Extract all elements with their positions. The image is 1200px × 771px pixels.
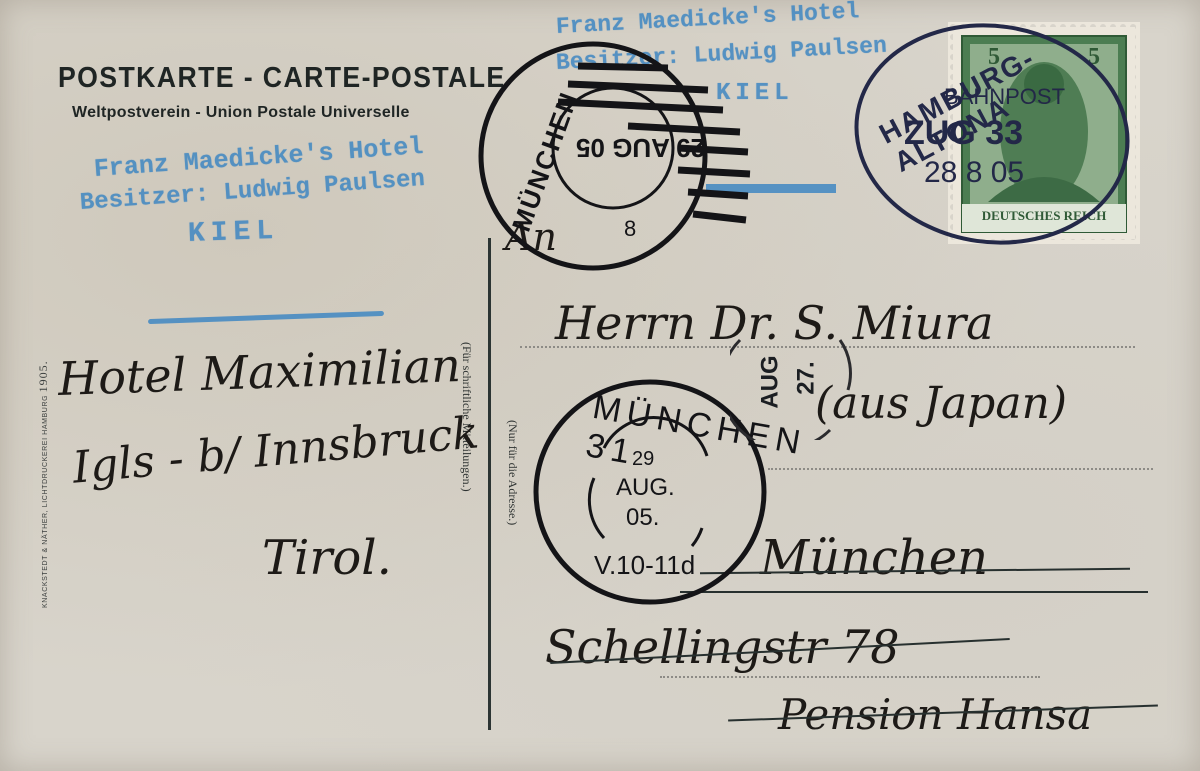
- postmark-muenchen-31-day: 29: [632, 448, 654, 471]
- postcard-subtitle: Weltpostverein - Union Postale Universel…: [72, 104, 410, 122]
- postmark-muenchen-31-month: AUG.: [616, 474, 675, 502]
- hotel-stamp: Franz Maedicke's Hotel Besitzer: Ludwig …: [80, 155, 470, 250]
- postmark-hamburg-inner-text: BAHNPOST: [944, 84, 1065, 110]
- postmark-muenchen-top: MÜNCHEN 29 AUG 05 8: [478, 36, 758, 276]
- handwritten-region: Tirol.: [262, 530, 392, 586]
- printer-name: KNACKSTEDT & NÄTHER, LICHTDRUCKEREI HAMB…: [42, 395, 49, 608]
- postmark-muenchen-top-fragment: 8: [624, 216, 636, 242]
- hotel-stamp-city: KIEL: [187, 209, 470, 250]
- address-line-dotted-2: [768, 468, 1153, 470]
- postcard-title: POSTKARTE - CARTE-POSTALE: [58, 62, 506, 95]
- postmark-partial-month: AUG: [757, 355, 785, 408]
- printer-imprint: KNACKSTEDT & NÄTHER, LICHTDRUCKEREI HAMB…: [36, 360, 51, 608]
- postcard: POSTKARTE - CARTE-POSTALE Weltpostverein…: [0, 0, 1200, 771]
- address-area-label: (Nur für die Adresse.): [505, 420, 520, 525]
- postmark-partial-day: 27.: [793, 361, 821, 394]
- handwritten-town: Igls - b/ Innsbruck: [71, 407, 481, 493]
- recipient-lodging: Pension Hansa: [778, 690, 1092, 739]
- address-line-dotted-3: [660, 676, 1040, 678]
- handwritten-hotel: Hotel Maximilian: [57, 338, 461, 406]
- postmark-muenchen-31-time: V.10-11d: [594, 550, 695, 581]
- postmark-partial: AUG 27.: [730, 320, 860, 440]
- postmark-hamburg-train: ZUG 33: [904, 114, 1023, 153]
- printer-year: 1905.: [36, 360, 50, 392]
- recipient-city: München: [760, 530, 988, 586]
- postmark-hamburg-date: 28 8 05: [924, 156, 1024, 190]
- postmark-hamburg: HAMBURG-ALTONA BAHNPOST ZUG 33 28 8 05: [852, 22, 1132, 246]
- address-divider-line: [488, 238, 491, 730]
- postmark-muenchen-top-date: 29 AUG 05: [576, 132, 705, 163]
- hotel-stamp-underline: [148, 311, 384, 324]
- postmark-muenchen-31-year: 05.: [626, 504, 659, 532]
